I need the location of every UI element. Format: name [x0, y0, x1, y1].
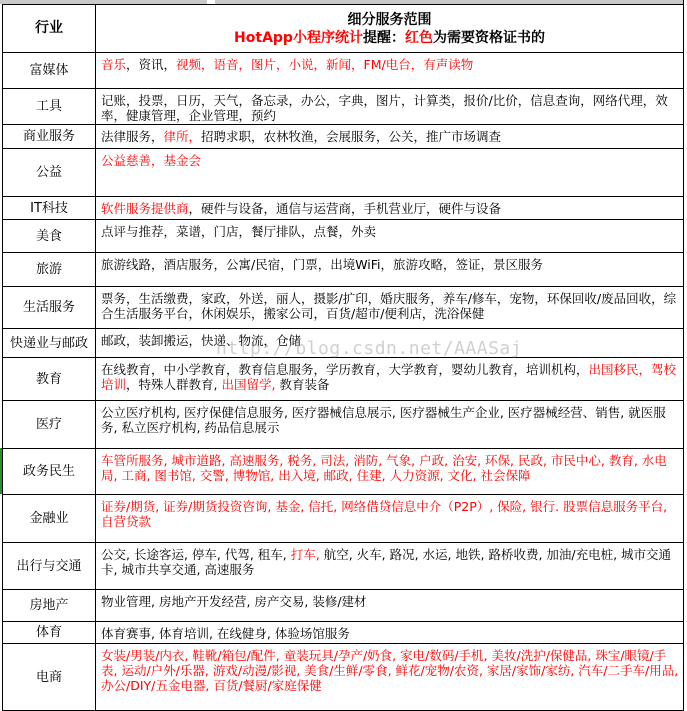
- industry-cell[interactable]: 教育: [3, 358, 96, 400]
- service-scope-cell[interactable]: 邮政，装卸搬运，快递、物流，仓储: [96, 329, 683, 357]
- notice-segment: HotApp小程序统计: [234, 30, 363, 46]
- service-scope-segment: 法律服务，: [101, 129, 164, 144]
- service-scope-segment: ，硬件与设备，通信与运营商，手机营业厅，硬件与设备: [189, 201, 502, 216]
- table-body: 富媒体音乐，资讯，视频，语音，图片，小说，新闻，FM/电台，有声读物工具记账，投…: [3, 53, 683, 711]
- service-scope-segment: 体育赛事, 体育培训, 在线健身, 体验场馆服务: [101, 626, 350, 641]
- service-scope-cell[interactable]: 点评与推荐，菜谱，门店，餐厅排队，点餐，外卖: [96, 220, 683, 252]
- service-scope-cell[interactable]: 软件服务提供商，硬件与设备，通信与运营商，手机营业厅，硬件与设备: [96, 197, 683, 219]
- header-industry-label: 行业: [35, 21, 63, 36]
- industry-label: 体育: [36, 625, 62, 640]
- industry-label: IT科技: [30, 201, 68, 216]
- table-row: 工具记账，投票，日历，天气，备忘录，办公，字典，图片，计算类，报价/比价，信息查…: [3, 89, 683, 125]
- spreadsheet-screenshot: 行业 细分服务范围 HotApp小程序统计提醒：红色为需要资格证书的 富媒体音乐…: [0, 0, 687, 711]
- industry-label: 房地产: [29, 598, 68, 613]
- service-scope-segment: 公交, 长途客运, 停车, 代驾, 租车,: [101, 547, 291, 562]
- notice-segment: 提醒：: [363, 30, 405, 46]
- service-scope-cell[interactable]: 证券/期货, 证券/期货投资咨询, 基金, 信托, 网络借贷信息中介（P2P）,…: [96, 495, 683, 542]
- service-scope-cell[interactable]: 物业管理, 房地产开发经营, 房产交易, 装修/建材: [96, 590, 683, 621]
- table-row: 出行与交通公交, 长途客运, 停车, 代驾, 租车, 打车, 航空, 火车, 路…: [3, 543, 683, 590]
- service-scope-cell[interactable]: 音乐，资讯，视频，语音，图片，小说，新闻，FM/电台，有声读物: [96, 53, 683, 88]
- header-scope-cell[interactable]: 细分服务范围 HotApp小程序统计提醒：红色为需要资格证书的: [96, 5, 683, 52]
- industry-label: 教育: [36, 372, 62, 387]
- industry-cell[interactable]: 快递业与邮政: [3, 329, 96, 357]
- industry-cell[interactable]: 体育: [3, 622, 96, 643]
- industry-cell[interactable]: 富媒体: [3, 53, 96, 88]
- industry-cell[interactable]: 生活服务: [3, 287, 96, 328]
- service-scope-segment: 女装/男装/内衣, 鞋靴/箱包/配件, 童装玩具/孕产/奶食, 家电/数码/手机…: [101, 648, 678, 693]
- service-scope-cell[interactable]: 旅游线路，酒店服务，公寓/民宿，门票，出境WiFi，旅游攻略，签证，景区服务: [96, 253, 683, 286]
- service-scope-segment: 招聘求职，农林牧渔，会展服务，公关，推广市场调查: [201, 129, 501, 144]
- industry-label: 商业服务: [23, 129, 75, 144]
- industry-cell[interactable]: 商业服务: [3, 125, 96, 148]
- service-scope-cell[interactable]: 女装/男装/内衣, 鞋靴/箱包/配件, 童装玩具/孕产/奶食, 家电/数码/手机…: [96, 644, 683, 710]
- service-scope-segment: 证券/期货, 证券/期货投资咨询, 基金, 信托, 网络借贷信息中介（P2P）,…: [101, 499, 667, 529]
- service-scope-cell[interactable]: 公益慈善，基金会: [96, 149, 683, 196]
- service-scope-segment: 律所，: [164, 129, 202, 144]
- service-scope-segment: 出国留学,: [221, 377, 279, 392]
- service-scope-segment: 视频，语音，图片，小说，新闻，FM/电台，有声读物: [176, 57, 473, 72]
- service-scope-segment: 打车,: [291, 547, 320, 562]
- table-row: 政务民生车管所服务, 城市道路, 高速服务, 税务, 司法, 消防, 气象, 户…: [3, 449, 683, 495]
- industry-cell[interactable]: IT科技: [3, 197, 96, 219]
- service-scope-segment: 点评与推荐，菜谱，门店，餐厅排队，点餐，外卖: [101, 224, 376, 239]
- table-row: 体育体育赛事, 体育培训, 在线健身, 体验场馆服务: [3, 622, 683, 644]
- industry-cell[interactable]: 金融业: [3, 495, 96, 542]
- service-scope-segment: 记账，投票，日历，天气，备忘录，办公，字典，图片，计算类，报价/比价，信息查询，…: [101, 93, 668, 123]
- service-scope-segment: 公立医疗机构, 医疗保健信息服务, 医疗器械信息展示, 医疗器械生产企业, 医疗…: [101, 405, 666, 435]
- industry-cell[interactable]: 政务民生: [3, 449, 96, 494]
- table-row: 快递业与邮政邮政，装卸搬运，快递、物流，仓储: [3, 329, 683, 358]
- table-row: 美食点评与推荐，菜谱，门店，餐厅排队，点餐，外卖: [3, 220, 683, 253]
- service-scope-segment: ，资讯，: [126, 57, 176, 72]
- industry-cell[interactable]: 美食: [3, 220, 96, 252]
- service-scope-segment: 音乐: [101, 57, 126, 72]
- table-row: 教育在线教育，中小学教育，教育信息服务，学历教育，大学教育，婴幼儿教育，培训机构…: [3, 358, 683, 401]
- service-scope-cell[interactable]: 法律服务，律所，招聘求职，农林牧渔，会展服务，公关，推广市场调查: [96, 125, 683, 148]
- industry-cell[interactable]: 出行与交通: [3, 543, 96, 589]
- service-scope-segment: 软件服务提供商: [101, 201, 189, 216]
- service-scope-segment: 车管所服务, 城市道路, 高速服务, 税务, 司法, 消防, 气象, 户政, 治…: [101, 453, 667, 483]
- notice-segment: 红色: [405, 30, 433, 46]
- industry-cell[interactable]: 房地产: [3, 590, 96, 621]
- industry-cell[interactable]: 电商: [3, 644, 96, 710]
- service-scope-segment: 物业管理, 房地产开发经营, 房产交易, 装修/建材: [101, 594, 367, 609]
- service-scope-segment: 公益慈善，基金会: [101, 153, 201, 168]
- industry-label: 快递业与邮政: [10, 336, 88, 351]
- table-row: 公益公益慈善，基金会: [3, 149, 683, 197]
- industry-label: 美食: [36, 229, 62, 244]
- service-scope-cell[interactable]: 车管所服务, 城市道路, 高速服务, 税务, 司法, 消防, 气象, 户政, 治…: [96, 449, 683, 494]
- scope-notice: HotApp小程序统计提醒：红色为需要资格证书的: [234, 29, 545, 47]
- industry-label: 医疗: [36, 417, 62, 432]
- table-row: 商业服务法律服务，律所，招聘求职，农林牧渔，会展服务，公关，推广市场调查: [3, 125, 683, 149]
- industry-cell[interactable]: 医疗: [3, 401, 96, 448]
- table-row: 旅游旅游线路，酒店服务，公寓/民宿，门票，出境WiFi，旅游攻略，签证，景区服务: [3, 253, 683, 287]
- industry-label: 旅游: [36, 262, 62, 277]
- service-scope-cell[interactable]: 公立医疗机构, 医疗保健信息服务, 医疗器械信息展示, 医疗器械生产企业, 医疗…: [96, 401, 683, 448]
- table-row: 富媒体音乐，资讯，视频，语音，图片，小说，新闻，FM/电台，有声读物: [3, 53, 683, 89]
- industry-label: 电商: [36, 670, 62, 685]
- table-row: 金融业证券/期货, 证券/期货投资咨询, 基金, 信托, 网络借贷信息中介（P2…: [3, 495, 683, 543]
- service-scope-segment: 旅游线路，酒店服务，公寓/民宿，门票，出境WiFi，旅游攻略，签证，景区服务: [101, 257, 543, 272]
- service-scope-segment: 邮政，装卸搬运，快递、物流，仓储: [101, 333, 301, 348]
- service-scope-cell[interactable]: 记账，投票，日历，天气，备忘录，办公，字典，图片，计算类，报价/比价，信息查询，…: [96, 89, 683, 124]
- industry-label: 公益: [36, 165, 62, 180]
- service-scope-cell[interactable]: 体育赛事, 体育培训, 在线健身, 体验场馆服务: [96, 622, 683, 643]
- scope-title: 细分服务范围: [348, 11, 432, 29]
- table-row: 电商女装/男装/内衣, 鞋靴/箱包/配件, 童装玩具/孕产/奶食, 家电/数码/…: [3, 644, 683, 711]
- industry-label: 金融业: [29, 511, 68, 526]
- industry-label: 富媒体: [29, 63, 68, 78]
- service-scope-cell[interactable]: 公交, 长途客运, 停车, 代驾, 租车, 打车, 航空, 火车, 路况, 水运…: [96, 543, 683, 589]
- notice-segment: 为需要资格证书的: [433, 30, 545, 46]
- table-row: 房地产物业管理, 房地产开发经营, 房产交易, 装修/建材: [3, 590, 683, 622]
- industry-cell[interactable]: 公益: [3, 149, 96, 196]
- industry-cell[interactable]: 旅游: [3, 253, 96, 286]
- service-scope-cell[interactable]: 在线教育，中小学教育，教育信息服务，学历教育，大学教育，婴幼儿教育，培训机构，出…: [96, 358, 683, 400]
- table-row: 生活服务票务，生活缴费，家政，外送，丽人，摄影/扩印，婚庆服务，养车/修车，宠物…: [3, 287, 683, 329]
- table-row: IT科技软件服务提供商，硬件与设备，通信与运营商，手机营业厅，硬件与设备: [3, 197, 683, 220]
- header-row: 行业 细分服务范围 HotApp小程序统计提醒：红色为需要资格证书的: [3, 5, 683, 53]
- service-scope-segment: 票务，生活缴费，家政，外送，丽人，摄影/扩印，婚庆服务，养车/修车，宠物，环保回…: [101, 291, 676, 321]
- green-selection-mark: [0, 448, 2, 494]
- service-scope-segment: ，特殊人群教育,: [126, 377, 221, 392]
- industry-label: 政务民生: [23, 464, 75, 479]
- industry-service-table: 行业 细分服务范围 HotApp小程序统计提醒：红色为需要资格证书的 富媒体音乐…: [2, 4, 684, 711]
- industry-label: 出行与交通: [16, 559, 81, 574]
- table-row: 医疗公立医疗机构, 医疗保健信息服务, 医疗器械信息展示, 医疗器械生产企业, …: [3, 401, 683, 449]
- industry-label: 生活服务: [23, 300, 75, 315]
- industry-cell[interactable]: 工具: [3, 89, 96, 124]
- service-scope-segment: 教育装备: [279, 377, 329, 392]
- industry-label: 工具: [36, 99, 62, 114]
- service-scope-cell[interactable]: 票务，生活缴费，家政，外送，丽人，摄影/扩印，婚庆服务，养车/修车，宠物，环保回…: [96, 287, 683, 328]
- header-industry-cell[interactable]: 行业: [3, 5, 96, 52]
- service-scope-segment: 在线教育，中小学教育，教育信息服务，学历教育，大学教育，婴幼儿教育，培训机构，: [101, 362, 589, 377]
